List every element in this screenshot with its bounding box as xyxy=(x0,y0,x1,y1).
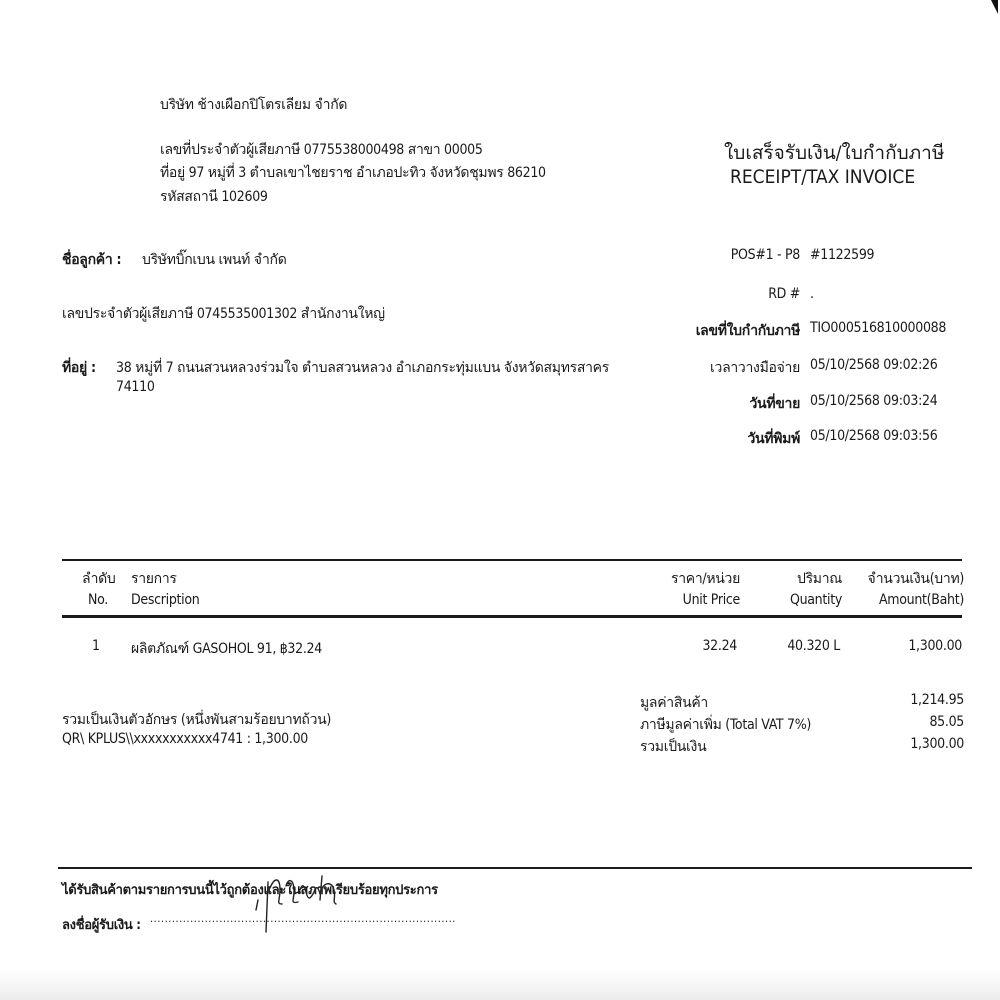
customer-name: บริษัทบิ๊กเบน เพนท์ จำกัด xyxy=(142,249,287,271)
nozzle-time-value: 05/10/2568 09:02:26 xyxy=(810,357,937,373)
amount-in-words: รวมเป็นเงินตัวอักษร (หนึ่งพันสามร้อยบาทถ… xyxy=(62,709,331,731)
row-unit-price: 32.24 xyxy=(620,638,737,654)
customer-name-label: ชื่อลูกค้า : xyxy=(62,249,121,271)
payment-method: QR\ KPLUS\\xxxxxxxxxxx4741 : 1,300.00 xyxy=(62,731,308,747)
document-title-english: RECEIPT/TAX INVOICE xyxy=(730,166,915,188)
header-price-th: ราคา/หน่วย xyxy=(620,568,740,590)
document-title-thai: ใบเสร็จรับเงิน/ใบกำกับภาษี xyxy=(724,138,944,168)
pos-value: #1122599 xyxy=(810,247,874,263)
tax-invoice-no-value: TIO000516810000088 xyxy=(810,320,946,336)
table-header-rule xyxy=(62,615,962,618)
grand-total-label: รวมเป็นเงิน xyxy=(640,736,706,758)
vat-value: 85.05 xyxy=(840,714,964,730)
footer-rule xyxy=(58,867,972,869)
scan-shadow xyxy=(0,970,1000,1000)
header-no-en: No. xyxy=(88,592,108,608)
seller-name: บริษัท ช้างเผือกปิโตรเลียม จำกัด xyxy=(160,94,347,116)
nozzle-time-label: เวลาวางมือจ่าย xyxy=(600,357,800,379)
sale-date-value: 05/10/2568 09:03:24 xyxy=(810,393,937,409)
row-quantity: 40.320 L xyxy=(740,638,840,654)
scan-corner-mark xyxy=(991,0,998,14)
header-price-en: Unit Price xyxy=(620,592,740,608)
row-no: 1 xyxy=(92,638,100,654)
header-desc-en: Description xyxy=(131,592,199,608)
customer-address-label: ที่อยู่ : xyxy=(62,357,96,379)
print-date-value: 05/10/2568 09:03:56 xyxy=(810,428,937,444)
grand-total-value: 1,300.00 xyxy=(840,736,964,752)
row-amount: 1,300.00 xyxy=(840,638,962,654)
header-qty-th: ปริมาณ xyxy=(750,568,842,590)
header-no-th: ลำดับ xyxy=(82,568,116,590)
seller-station-code: รหัสสถานี 102609 xyxy=(160,186,268,208)
pos-label: POS#1 - P8 xyxy=(600,247,800,263)
subtotal-label: มูลค่าสินค้า xyxy=(640,692,708,714)
seller-address: ที่อยู่ 97 หมู่ที่ 3 ตำบลเขาไชยราช อำเภอ… xyxy=(160,162,546,184)
table-top-rule xyxy=(62,559,962,561)
row-description: ผลิตภัณฑ์ GASOHOL 91, ฿32.24 xyxy=(131,638,322,660)
rd-label: RD # xyxy=(600,286,800,302)
header-amount-th: จำนวนเงิน(บาท) xyxy=(840,568,964,590)
seller-tax-id: เลขที่ประจำตัวผู้เสียภาษี 0775538000498 … xyxy=(160,139,483,161)
subtotal-value: 1,214.95 xyxy=(840,692,964,708)
vat-label: ภาษีมูลค่าเพิ่ม (Total VAT 7%) xyxy=(640,714,811,736)
handwritten-signature xyxy=(240,870,350,965)
customer-tax-id: เลขประจำตัวผู้เสียภาษี 0745535001302 สำน… xyxy=(62,303,385,325)
header-amount-en: Amount(Baht) xyxy=(840,592,964,608)
print-date-label: วันที่พิมพ์ xyxy=(600,428,800,450)
rd-value: . xyxy=(810,286,814,302)
sale-date-label: วันที่ขาย xyxy=(600,393,800,415)
customer-address-line2: 74110 xyxy=(116,379,155,395)
tax-invoice-no-label: เลขที่ใบกำกับภาษี xyxy=(600,320,800,342)
header-desc-th: รายการ xyxy=(131,568,177,590)
signature-label: ลงชื่อผู้รับเงิน : xyxy=(62,914,141,935)
customer-address-line1: 38 หมู่ที่ 7 ถนนสวนหลวงร่วมใจ ตำบลสวนหลว… xyxy=(116,357,609,379)
header-qty-en: Quantity xyxy=(750,592,842,608)
